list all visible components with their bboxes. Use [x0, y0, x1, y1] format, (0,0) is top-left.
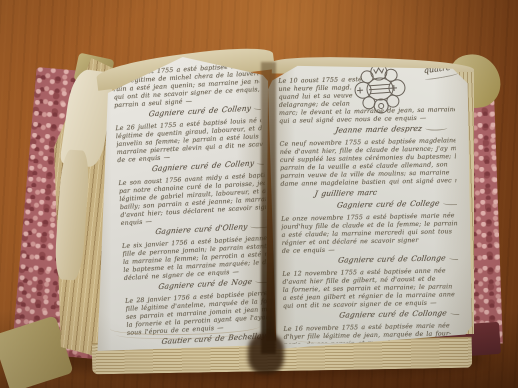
signature-text: Gagniere curé de College: [336, 199, 440, 210]
paragraph-lines: Le 26 juillet 1755 a esté baptisé louis …: [115, 117, 263, 165]
left-page-text: Le 20 juillet 1755 a esté baptisée marie…: [112, 62, 274, 352]
signature-flourish: [449, 310, 459, 315]
signature: Jeanne marie desprez: [335, 123, 457, 136]
notarial-stamp-icon: [348, 60, 412, 118]
manuscript-paragraph: Le son aoust 1756 avant midy a esté bapt…: [118, 172, 267, 239]
paragraph-lines: Le son aoust 1756 avant midy a esté bapt…: [118, 172, 266, 228]
signature-text: Gagniere curé de Collonge: [337, 253, 446, 264]
signature-text: J guilliere marc: [314, 188, 378, 198]
gutter-bottom-shadow: [248, 334, 284, 374]
signature-text: Jeanne marie desprez: [335, 124, 423, 135]
signature: J guilliere marc: [314, 186, 458, 199]
paragraph-lines: Ce neuf novembre 1755 a esté baptisée ma…: [280, 137, 457, 189]
paragraph-lines: Le 12 novembre 1755 a esté baptisée anne…: [282, 267, 459, 311]
manuscript-paragraph: Le six janvier 1756 a esté baptisée jean…: [122, 235, 271, 294]
manuscript-paragraph: Le onze novembre 1755 a esté baptisée ma…: [281, 212, 458, 267]
manuscript-paragraph: Le 12 novembre 1755 a esté baptisée anne…: [282, 267, 459, 322]
signature-text: Gagniere curé de Collonge: [339, 308, 448, 319]
signature: Gagniere curé de Collonge: [338, 308, 459, 321]
signature: Gagniere curé de Collonge: [337, 253, 459, 266]
paragraph-lines: Le onze novembre 1755 a esté baptisée ma…: [281, 212, 458, 256]
right-page: quatre Le 10 aoust 1755 a estéune heure …: [266, 60, 476, 352]
signature-flourish: [425, 125, 448, 130]
gutter-shadow: [261, 62, 276, 354]
left-page: Le 20 juillet 1755 a esté baptisée marie…: [94, 54, 268, 354]
manuscript-paragraph: Le 26 juillet 1755 a esté baptisé louis …: [115, 117, 264, 176]
manuscript-photo: Le 20 juillet 1755 a esté baptisée marie…: [0, 0, 518, 388]
signature: Gagniere curé de College: [336, 198, 458, 211]
manuscript-paragraph: Ce neuf novembre 1755 a esté baptisée ma…: [280, 137, 457, 212]
paragraph-lines: Le six janvier 1756 a esté baptisée jean…: [122, 235, 270, 283]
signature-flourish: [448, 255, 459, 260]
signature-flourish: [442, 200, 460, 205]
